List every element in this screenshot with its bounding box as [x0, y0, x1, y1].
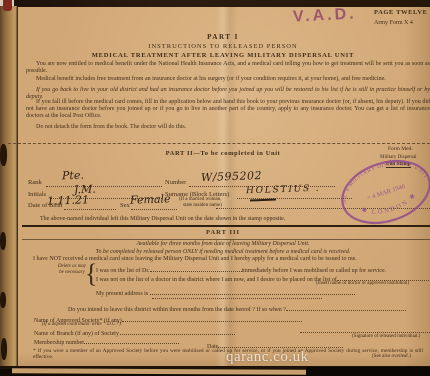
membership-fill: [84, 337, 179, 344]
dob-fill-line: [64, 209, 116, 210]
address-label: My present address is: [96, 291, 148, 297]
insert-name-note: (Insert name of doctor or approved insti…: [316, 281, 409, 286]
part1-title: PART I: [16, 33, 430, 41]
address-fill-line2: [152, 298, 322, 299]
application-statement: I have NOT received a medical card since…: [33, 256, 357, 262]
availability-note: Available for three months from date of …: [16, 241, 430, 247]
watermark: qaranc.co.uk: [226, 349, 309, 366]
rank-label: Rank: [28, 179, 42, 186]
signature-note: (Signature of released individual.): [352, 334, 420, 339]
army-form-number: Army Form X 4: [374, 20, 413, 26]
address-line: My present address is: [96, 288, 355, 297]
part3-bottom-rule: [22, 239, 430, 240]
part1-subtitle1: INSTRUCTIONS TO RELEASED PERSON: [16, 43, 430, 50]
part3-title: PART III: [16, 229, 430, 236]
number-value: W/595202: [201, 169, 262, 184]
part3-top-rule: [22, 225, 430, 227]
option2-text: I was not on the list of a doctor in the…: [96, 277, 337, 283]
rank-fill-line: [46, 186, 162, 187]
departure-note: The above-named individual left this Mil…: [40, 216, 285, 222]
scanned-army-form-page: PAGE TWELVE Army Form X 4 V.A.D. PART I …: [0, 0, 430, 376]
option1-fill: [150, 265, 242, 272]
completion-note: To be completed by released person ONLY …: [16, 249, 430, 255]
option1-line: I was on the list of Dr.immediately befo…: [96, 265, 386, 274]
number-label: Number: [165, 179, 186, 186]
dc-note: (If a deposit contributor write “ D.C.”): [42, 322, 121, 327]
part1-paragraph: You are now entitled to medical benefit …: [26, 61, 430, 75]
sex-label: Sex: [120, 202, 130, 209]
delete-as-necessary-note: Delete as may be necessary: [57, 264, 87, 275]
intend-question: Do you intend to leave this district wit…: [68, 307, 286, 313]
edge-tear-mark: [1, 338, 7, 360]
membership-label: Membership number: [34, 340, 84, 346]
address-fill: [150, 288, 355, 295]
overleaf-note: (See also overleaf.): [372, 354, 411, 359]
option2-fill: [337, 274, 430, 281]
edge-tear-mark: [0, 232, 6, 250]
sex-value: Female: [130, 192, 171, 206]
initials-label: Initials: [28, 191, 46, 198]
page-number: PAGE TWELVE: [374, 9, 428, 16]
date-fill: [218, 341, 343, 348]
page-edge-shadow: [16, 6, 18, 368]
dob-value: 1.11.21: [47, 193, 89, 207]
signature-fill-line: [300, 332, 430, 333]
part1-subtitle2: MEDICAL TREATMENT AFTER LEAVING MILITARY…: [16, 52, 430, 59]
stamp-date-text: = 4 MAR 1946: [366, 183, 407, 202]
perforation-line: [8, 143, 430, 144]
binding-red-mark: [3, 0, 12, 11]
book-binding-edge: [0, 6, 17, 370]
sex-fill-line: [131, 209, 177, 210]
intend-fill: [286, 304, 406, 311]
branch-fill: [120, 328, 235, 335]
photo-bottom-right-corner: [306, 367, 430, 376]
part1-paragraph: Do not detach the form from the book. Th…: [26, 124, 430, 131]
rank-value: Pte.: [62, 169, 84, 183]
society-fill: [122, 315, 302, 322]
maiden-name-note-line1: (If a married woman,: [179, 197, 221, 202]
intend-question-line: Do you intend to leave this district wit…: [68, 304, 406, 313]
part1-paragraph: Medical benefit includes free treatment …: [26, 76, 430, 83]
branch-line: Name of Branch (if any) of Society: [34, 328, 235, 337]
vad-stamp: V.A.D.: [293, 5, 358, 26]
edge-tear-mark: [0, 292, 6, 308]
membership-line: Membership number: [34, 337, 179, 346]
part1-paragraph: If you fall ill before the medical card …: [26, 99, 430, 120]
edge-tear-mark: [0, 144, 7, 166]
